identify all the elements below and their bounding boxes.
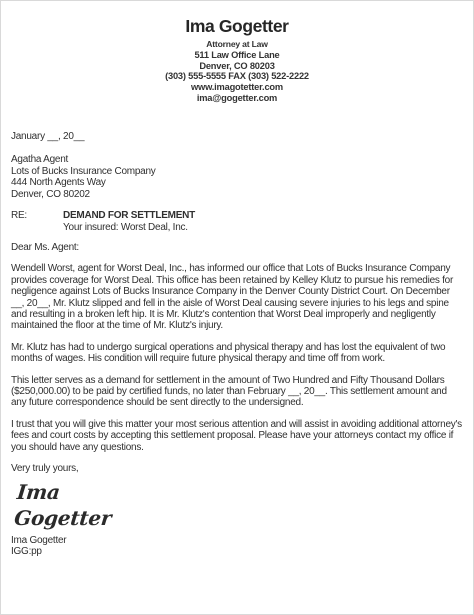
body-paragraph-1: Wendell Worst, agent for Worst Deal, Inc… — [11, 263, 463, 331]
re-content: DEMAND FOR SETTLEMENT Your insured: Wors… — [63, 210, 195, 233]
closing-line: Very truly yours, — [11, 463, 463, 474]
salutation: Dear Ms. Agent: — [11, 242, 463, 253]
signer-typed-name: Ima Gogetter — [11, 535, 463, 546]
letterhead-website: www.imagotetter.com — [1, 82, 473, 93]
recipient-company: Lots of Bucks Insurance Company — [11, 166, 463, 178]
letterhead-title: Attorney at Law — [1, 39, 473, 50]
letterhead-attorney-name: Ima Gogetter — [1, 17, 473, 36]
re-subject: DEMAND FOR SETTLEMENT — [63, 210, 195, 221]
recipient-address-block: Agatha Agent Lots of Bucks Insurance Com… — [11, 154, 463, 200]
recipient-name: Agatha Agent — [11, 154, 463, 166]
re-insured-line: Your insured: Worst Deal, Inc. — [63, 222, 195, 233]
date-line: January __, 20__ — [11, 131, 463, 142]
body-paragraph-3: This letter serves as a demand for settl… — [11, 375, 463, 409]
re-label: RE: — [11, 210, 63, 233]
handwritten-signature: Ima Gogetter — [13, 479, 158, 531]
letter-page: Ima Gogetter Attorney at Law 511 Law Off… — [0, 0, 474, 615]
letterhead: Ima Gogetter Attorney at Law 511 Law Off… — [1, 1, 473, 104]
letterhead-address-line2: Denver, CO 80203 — [1, 61, 473, 72]
letterhead-phone-fax: (303) 555-5555 FAX (303) 522-2222 — [1, 71, 473, 82]
body-paragraph-2: Mr. Klutz has had to undergo surgical op… — [11, 342, 463, 365]
recipient-street: 444 North Agents Way — [11, 177, 463, 189]
letterhead-email: ima@gogetter.com — [1, 93, 473, 104]
body-paragraph-4: I trust that you will give this matter y… — [11, 419, 463, 453]
reference-initials: IGG:pp — [11, 546, 463, 558]
re-block: RE: DEMAND FOR SETTLEMENT Your insured: … — [11, 210, 463, 233]
letter-body: January __, 20__ Agatha Agent Lots of Bu… — [1, 131, 473, 558]
recipient-city-state-zip: Denver, CO 80202 — [11, 189, 463, 201]
letterhead-address-line1: 511 Law Office Lane — [1, 50, 473, 61]
